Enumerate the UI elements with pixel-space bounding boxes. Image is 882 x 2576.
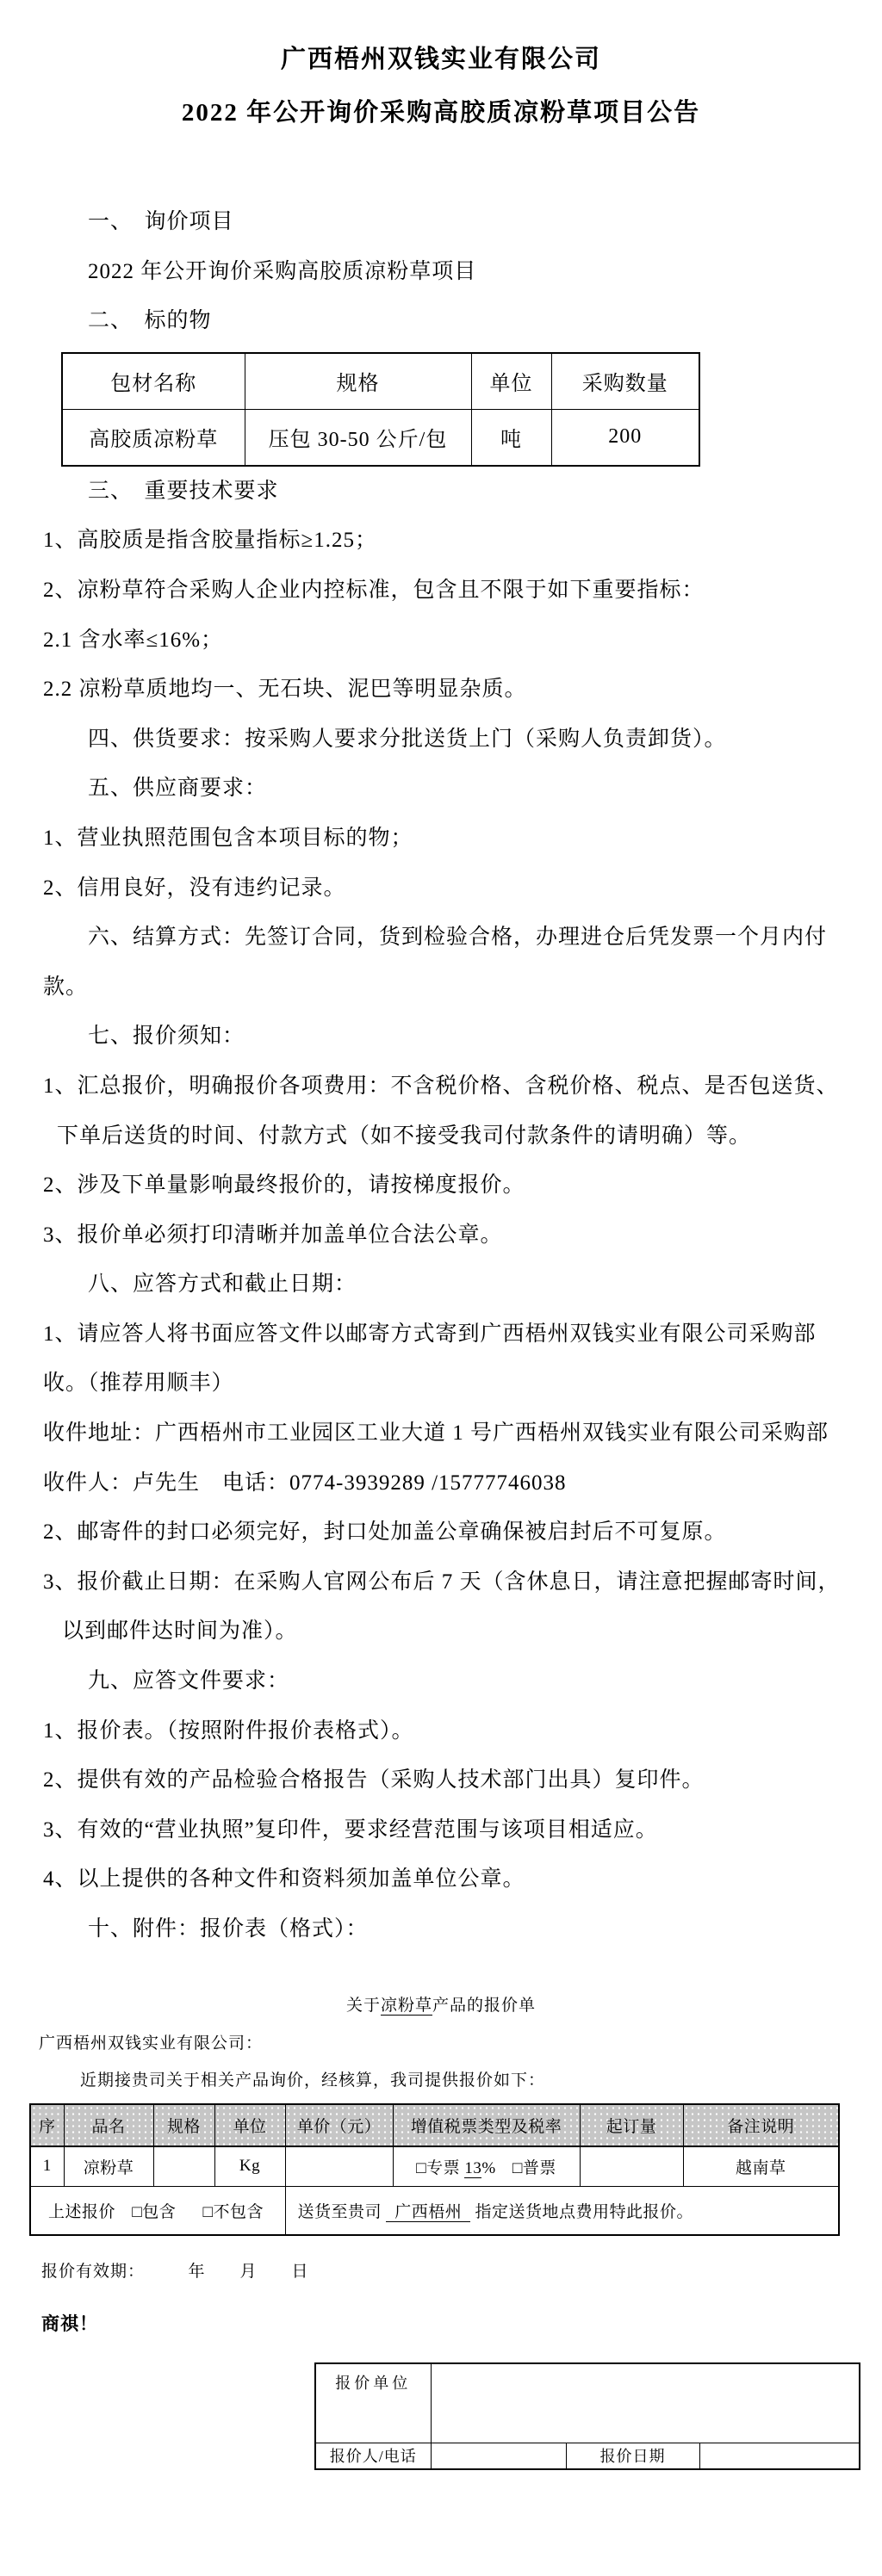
body-section-top: 一、 询价项目 2022 年公开询价采购高胶质凉粉草项目 二、 标的物 — [0, 197, 882, 346]
delivery-location: 广西梧州 — [386, 2203, 470, 2222]
quote-cell-tax: □专票 13% □普票 — [393, 2146, 580, 2187]
sign-unit-label: 报价单位 — [315, 2363, 431, 2443]
body-line: 九、应答文件要求： — [88, 1656, 882, 1706]
spec-cell-spec: 压包 30-50 公斤/包 — [245, 409, 471, 466]
quote-header-tax: 增值税票类型及税率 — [393, 2104, 580, 2146]
quote-header-moq: 起订量 — [580, 2104, 683, 2146]
body-line: 2、涉及下单量影响最终报价的，请按梯度报价。 — [43, 1161, 882, 1211]
body-line: 以到邮件达时间为准）。 — [62, 1607, 882, 1656]
body-line: 1、报价表。（按照附件报价表格式）。 — [43, 1706, 882, 1756]
spec-table-header-row: 包材名称 规格 单位 采购数量 — [62, 353, 699, 410]
spec-cell-qty: 200 — [551, 409, 699, 466]
tax-rate-value: 13 — [464, 2159, 481, 2178]
quote-header-name: 品名 — [64, 2104, 153, 2146]
body-line: 八、应答方式和截止日期： — [88, 1260, 882, 1310]
body-line: 1、请应答人将书面应答文件以邮寄方式寄到广西梧州双钱实业有限公司采购部 — [43, 1310, 882, 1359]
sign-date-value — [699, 2443, 860, 2469]
quote-header-seq: 序 — [30, 2104, 64, 2146]
body-line: 2、信用良好，没有违约记录。 — [43, 864, 882, 913]
quote-table: 序 品名 规格 单位 单价（元） 增值税票类型及税率 起订量 备注说明 1 凉粉… — [29, 2103, 840, 2236]
delivery-note-prefix: 送货至贵司 — [298, 2203, 382, 2221]
doc-title-company: 广西梧州双钱实业有限公司 — [0, 0, 882, 79]
body-line: 2022 年公开询价采购高胶质凉粉草项目 — [88, 247, 882, 297]
sign-contact-label: 报价人/电话 — [315, 2443, 431, 2469]
body-line: 3、有效的“营业执照”复印件，要求经营范围与该项目相适应。 — [43, 1805, 882, 1855]
quote-header-price: 单价（元） — [285, 2104, 393, 2146]
body-line: 2、凉粉草符合采购人企业内控标准，包含且不限于如下重要指标： — [43, 566, 882, 616]
document-page: 广西梧州双钱实业有限公司 2022 年公开询价采购高胶质凉粉草项目公告 一、 询… — [0, 0, 882, 2576]
spec-cell-unit: 吨 — [471, 409, 551, 466]
body-line: 收件人：卢先生 电话：0774-3939289 /15777746038 — [43, 1458, 882, 1508]
quote-header-unit: 单位 — [214, 2104, 285, 2146]
quote-header-spec: 规格 — [153, 2104, 214, 2146]
body-line: 1、汇总报价，明确报价各项费用：不含税价格、含税价格、税点、是否包送货、 — [43, 1062, 882, 1112]
spec-cell-material: 高胶质凉粉草 — [62, 409, 245, 466]
body-line: 2.1 含水率≤16%； — [43, 616, 882, 666]
quote-cell-note: 越南草 — [683, 2146, 839, 2187]
quote-validity-line: 报价有效期： 年 月 日 — [41, 2261, 882, 2283]
quote-cell-seq: 1 — [30, 2146, 64, 2187]
exclude-checkbox: □不包含 — [203, 2203, 264, 2221]
quote-table-header-row: 序 品名 规格 单位 单价（元） 增值税票类型及税率 起订量 备注说明 — [30, 2104, 839, 2146]
closing-salute: 商祺！ — [41, 2313, 882, 2335]
attachment-title: 关于凉粉草产品的报价单 — [0, 1995, 882, 2017]
sign-unit-value — [431, 2363, 860, 2443]
signature-contact-row: 报价人/电话 报价日期 — [315, 2443, 860, 2469]
signature-unit-row: 报价单位 — [315, 2363, 860, 2443]
body-line: 款。 — [43, 963, 882, 1012]
body-line: 2.2 凉粉草质地均一、无石块、泥巴等明显杂质。 — [43, 665, 882, 715]
quote-cell-unit: Kg — [214, 2146, 285, 2187]
quote-cell-name: 凉粉草 — [64, 2146, 153, 2187]
quote-table-footer-row: 上述报价 □包含 □不包含 送货至贵司 广西梧州 指定送货地点费用特此报价。 — [30, 2186, 839, 2235]
tax-rate-percent: % — [481, 2159, 495, 2177]
body-line: 十、附件：报价表（格式）： — [88, 1904, 882, 1954]
body-line: 七、报价须知： — [88, 1012, 882, 1062]
spec-header-spec: 规格 — [245, 353, 471, 410]
spec-table: 包材名称 规格 单位 采购数量 高胶质凉粉草 压包 30-50 公斤/包 吨 2… — [61, 352, 700, 467]
body-line: 下单后送货的时间、付款方式（如不接受我司付款条件的请明确）等。 — [57, 1112, 882, 1161]
signature-table: 报价单位 报价人/电话 报价日期 — [314, 2362, 860, 2470]
delivery-note-suffix: 指定送货地点费用特此报价。 — [475, 2203, 694, 2221]
body-line: 收件地址：广西梧州市工业园区工业大道 1 号广西梧州双钱实业有限公司采购部 — [43, 1409, 882, 1458]
quote-cell-price — [285, 2146, 393, 2187]
body-section-main: 三、 重要技术要求 1、高胶质是指含胶量指标≥1.25； 2、凉粉草符合采购人企… — [0, 467, 882, 1954]
body-line: 2、邮寄件的封口必须完好，封口处加盖公章确保被启封后不可复原。 — [43, 1508, 882, 1557]
special-invoice-checkbox: □专票 — [416, 2159, 460, 2177]
quote-table-product-row: 1 凉粉草 Kg □专票 13% □普票 越南草 — [30, 2146, 839, 2187]
sign-contact-value — [431, 2443, 566, 2469]
body-line: 3、报价截止日期：在采购人官网公布后 7 天（含休息日，请注意把握邮寄时间， — [43, 1557, 882, 1607]
body-line: 三、 重要技术要求 — [88, 467, 882, 517]
quote-footer-right: 送货至贵司 广西梧州 指定送货地点费用特此报价。 — [285, 2186, 839, 2235]
quote-footer-left: 上述报价 □包含 □不包含 — [30, 2186, 285, 2235]
quote-cell-moq — [580, 2146, 683, 2187]
sign-date-label: 报价日期 — [566, 2443, 699, 2469]
body-line: 四、供货要求：按采购人要求分批送货上门（采购人负责卸货）。 — [88, 715, 882, 765]
body-line: 五、供应商要求： — [88, 764, 882, 814]
body-line: 3、报价单必须打印清晰并加盖单位合法公章。 — [43, 1211, 882, 1260]
quote-footer-label: 上述报价 — [48, 2203, 115, 2221]
body-line: 一、 询价项目 — [88, 197, 882, 247]
spec-header-qty: 采购数量 — [551, 353, 699, 410]
attachment-salutation: 广西梧州双钱实业有限公司： — [39, 2033, 882, 2055]
normal-invoice-checkbox: □普票 — [512, 2159, 556, 2177]
body-line: 二、 标的物 — [88, 296, 882, 346]
spec-table-data-row: 高胶质凉粉草 压包 30-50 公斤/包 吨 200 — [62, 409, 699, 466]
body-line: 2、提供有效的产品检验合格报告（采购人技术部门出具）复印件。 — [43, 1756, 882, 1805]
body-line: 1、营业执照范围包含本项目标的物； — [43, 814, 882, 864]
body-line: 六、结算方式：先签订合同，货到检验合格，办理进仓后凭发票一个月内付 — [88, 913, 882, 963]
include-checkbox: □包含 — [132, 2203, 176, 2221]
spec-header-unit: 单位 — [471, 353, 551, 410]
body-line: 收。（推荐用顺丰） — [43, 1359, 882, 1409]
body-line: 1、高胶质是指含胶量指标≥1.25； — [43, 516, 882, 566]
attachment-intro: 近期接贵司关于相关产品询价，经核算，我司提供报价如下： — [80, 2070, 882, 2092]
quote-cell-spec — [153, 2146, 214, 2187]
body-line: 4、以上提供的各种文件和资料须加盖单位公章。 — [43, 1855, 882, 1904]
quote-header-note: 备注说明 — [683, 2104, 839, 2146]
attachment-title-product: 凉粉草 — [381, 1997, 432, 2016]
doc-title-project: 2022 年公开询价采购高胶质凉粉草项目公告 — [0, 93, 882, 133]
attachment-title-prefix: 关于 — [346, 1997, 381, 2015]
spec-header-material: 包材名称 — [62, 353, 245, 410]
attachment-title-suffix: 产品的报价单 — [432, 1997, 536, 2015]
